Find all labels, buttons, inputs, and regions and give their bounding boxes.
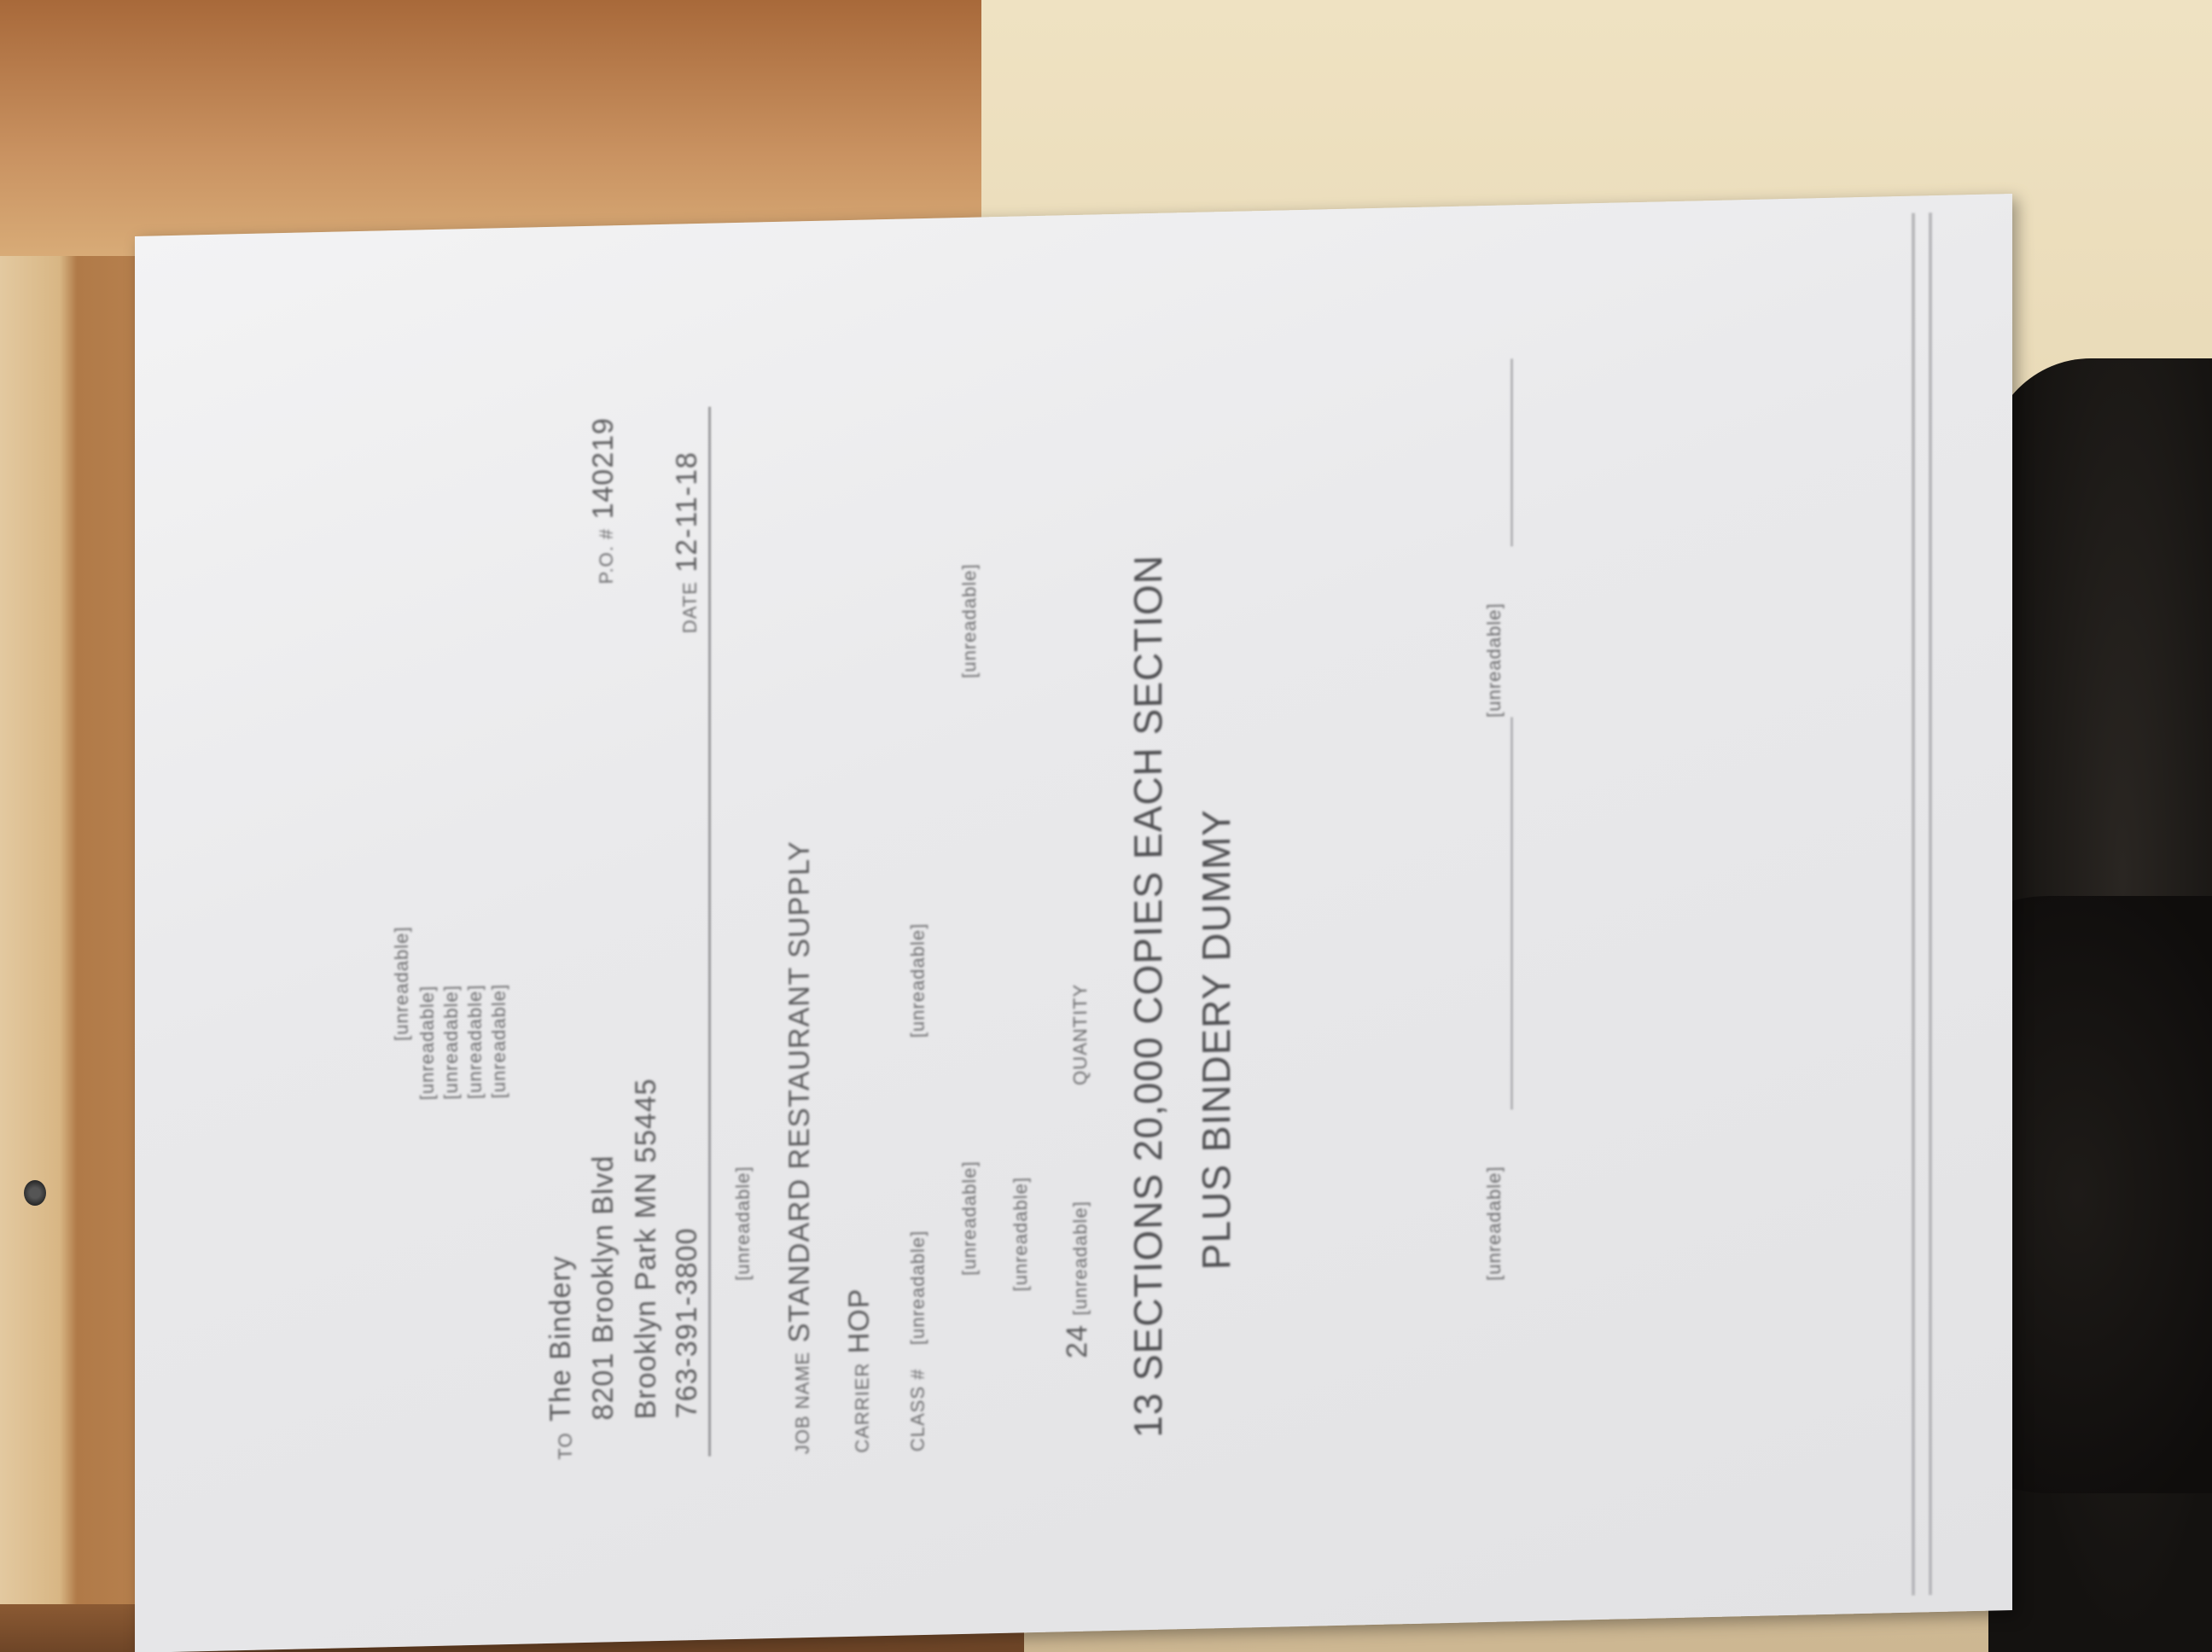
wood-board-top [0, 0, 998, 256]
line-a: [unreadable] [958, 1160, 981, 1276]
po-value: 140219 [587, 417, 620, 520]
letterhead-line-2: [unreadable] [416, 986, 439, 1101]
class-label: CLASS # [907, 1368, 929, 1451]
carrier-label: CARRIER [852, 1362, 873, 1453]
footer-rule-2 [1929, 212, 1932, 1595]
date-field: DATE 12-11-18 [671, 451, 704, 634]
received-line: [unreadable] [732, 1166, 754, 1281]
footer-rule-1 [1912, 213, 1915, 1596]
to-label: TO [555, 1432, 577, 1460]
letterhead-line-3: [unreadable] [440, 985, 463, 1100]
weight-unit: [unreadable] [1069, 1201, 1091, 1316]
to-name: The Bindery [544, 1255, 578, 1422]
driver-signature-line [1511, 358, 1513, 546]
driver-label: [unreadable] [1483, 602, 1505, 718]
received-by-label: [unreadable] [1483, 1166, 1505, 1281]
sections-line: 13 SECTIONS 20,000 COPIES EACH SECTION [1125, 554, 1171, 1438]
to-street: 8201 Brooklyn Blvd [587, 1155, 620, 1421]
carrier-value: HOP [843, 1288, 876, 1354]
to-phone: 763-391-3800 [671, 1227, 704, 1419]
quantity-label: QUANTITY [1069, 983, 1091, 1085]
job-name-field: JOB NAME STANDARD RESTAURANT SUPPLY [783, 841, 817, 1455]
po-label: P.O. # [596, 528, 617, 585]
header-rule [708, 407, 711, 1457]
letterhead-line-1: [unreadable] [391, 926, 413, 1041]
job-name-label: JOB NAME [792, 1351, 813, 1454]
dummy-line: PLUS BINDERY DUMMY [1193, 808, 1239, 1271]
letterhead-line-5: [unreadable] [488, 984, 510, 1099]
screw-head [24, 1180, 46, 1206]
weight-value: 24 [1061, 1324, 1093, 1359]
po-field: P.O. # 140219 [587, 417, 620, 585]
job-name-value: STANDARD RESTAURANT SUPPLY [783, 841, 816, 1343]
line-b: [unreadable] [958, 563, 981, 678]
bindery-ticket-paper: [unreadable] [unreadable] [unreadable] [… [135, 194, 2012, 1652]
to-city: Brooklyn Park MN 55445 [630, 1078, 663, 1420]
date-value: 12-11-18 [671, 451, 703, 573]
class-extra: [unreadable] [907, 923, 929, 1038]
letterhead-line-4: [unreadable] [464, 984, 486, 1099]
weight-field: 24 [unreadable] [1061, 1201, 1094, 1358]
line-c: [unreadable] [1010, 1177, 1032, 1292]
carrier-field: CARRIER HOP [843, 1288, 876, 1453]
class-value: [unreadable] [907, 1230, 929, 1346]
received-by-signature-line [1511, 717, 1513, 1109]
date-label: DATE [679, 581, 701, 634]
